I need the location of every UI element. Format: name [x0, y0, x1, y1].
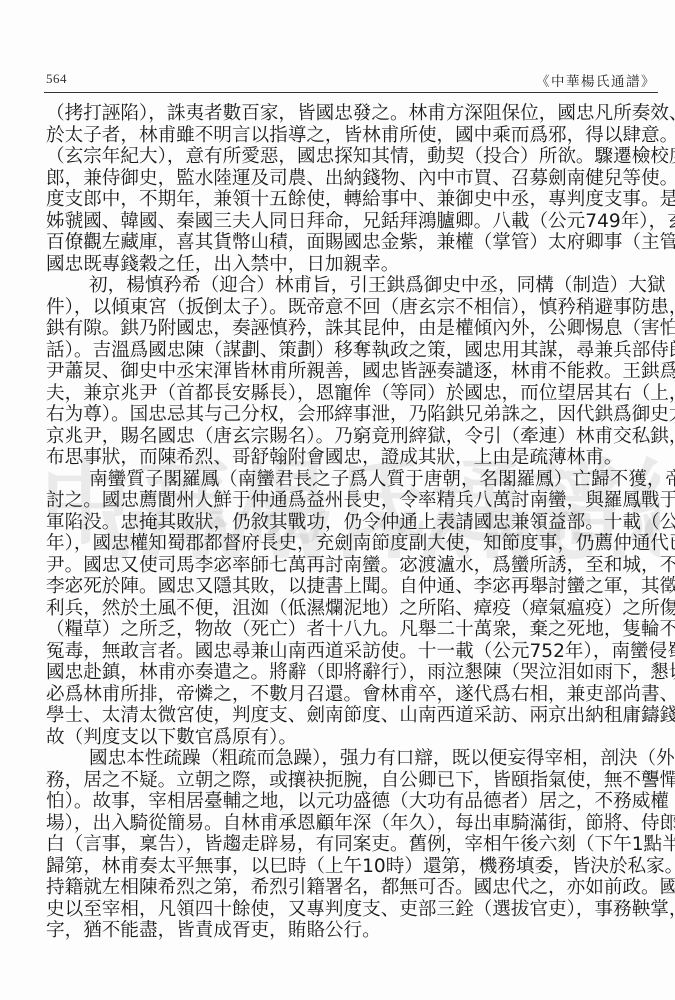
text-line: 夫，兼京兆尹（首都長安縣長），恩寵侔（等同）於國忠，而位望居其右（上，古人以: [46, 383, 656, 405]
text-line: 鉷有隙。鉷乃附國忠，奏誣慎矜，誅其昆仲，由是權傾內外，公卿惕息（害怕而不敢講: [46, 318, 656, 340]
text-line: 初，楊慎矜希（迎合）林甫旨，引王鉷爲御史中丞，同構（制造）大獄（嚴重的案: [46, 275, 656, 297]
running-head: 564 《中華楊氏通譜》: [46, 70, 658, 90]
paragraph-3: 南蠻質子閣羅鳳（南蠻君長之子爲人質于唐朝，名閣羅鳳）亡歸不獲，帝怒甚，欲 討之。…: [46, 469, 656, 749]
text-line: 布思事狀，而陳希烈、哥舒翰附會國忠，證成其狀，上由是疏薄林甫。: [46, 447, 656, 469]
paragraph-2: 初，楊慎矜希（迎合）林甫旨，引王鉷爲御史中丞，同構（制造）大獄（嚴重的案 件），…: [46, 275, 656, 469]
text-line: 件），以傾東宮（扳倒太子）。既帝意不回（唐玄宗不相信），慎矜稍避事防患，因與: [46, 297, 656, 319]
book-page: 564 《中華楊氏通譜》 中華楊氏通譜網 WWW.YANG.COM （拷打誣陷）…: [0, 0, 675, 1000]
text-line: 尹。國忠又使司馬李宓率師七萬再討南蠻。宓渡瀘水，爲蠻所誘，至和城，不戰而敗，: [46, 555, 656, 577]
text-line: 必爲林甫所排，帝憐之，不數月召還。會林甫卒，遂代爲右相，兼吏部尚書、集賢殿大: [46, 684, 656, 706]
text-line: （拷打誣陷），誅夷者數百家，皆國忠發之。林甫方深阻保位，國忠凡所奏效、涉疑似: [46, 103, 656, 125]
text-line: 史以至宰相，凡領四十餘使，又專判度支、吏部三銓（選拔官吏），事務鞅掌，但署一: [46, 899, 656, 921]
text-line: 國忠既專錢穀之任，出入禁中，日加親幸。: [46, 254, 656, 276]
text-line: 姊虢國、韓國、秦國三夫人同日拜命，兄銛拜鴻臚卿。八載（公元749年），玄宗召公卿: [46, 211, 656, 233]
paragraph-4: 國忠本性疏躁（粗疏而急躁），强力有口辯，既以便妄得宰相，剖決（外決）機 務，居之…: [46, 748, 656, 942]
text-line: 務，居之不疑。立朝之際，或攘袂扼腕，自公卿已下，皆頤指氣使，無不讋憚（畏懼害: [46, 770, 656, 792]
page-number: 564: [46, 71, 67, 87]
header-rule: [44, 92, 658, 93]
text-line: 白（言事，稟告），皆趨走辟易，有同案吏。舊例，宰相午後六刻（下午1點半鐘）始出: [46, 834, 656, 856]
text-line: 討之。國忠薦閬州人鮮于仲通爲益州長史，令率精兵八萬討南蠻，與羅鳳戰于瀘南，全: [46, 490, 656, 512]
text-line: 國忠本性疏躁（粗疏而急躁），强力有口辯，既以便妄得宰相，剖決（外決）機: [46, 748, 656, 770]
text-line: 歸第，林甫奏太平無事，以巳時（上午10時）還第，機務填委，皆決於私家。主書吳珣: [46, 856, 656, 878]
text-line: 話）。吉溫爲國忠陳（謀劃、策劃）移奪執政之策，國忠用其謀，尋兼兵部侍郎。京兆: [46, 340, 656, 362]
text-line: 學士、太清太微宮使，判度支、劍南節度、山南西道采訪、兩京出納租庸鑄錢等使并如: [46, 705, 656, 727]
paragraph-1: （拷打誣陷），誅夷者數百家，皆國忠發之。林甫方深阻保位，國忠凡所奏效、涉疑似 於…: [46, 103, 656, 275]
text-line: 國忠赴鎮，林甫亦奏遣之。將辭（即將辭行），雨泣懇陳（哭泣泪如雨下，懇切陳說）: [46, 662, 656, 684]
text-line: 故（判度支以下數官爲原有）。: [46, 727, 656, 749]
text-line: 場），出入騎從簡易。自林甫承恩顧年深（年久），每出車騎滿街，節將、侍郎有所關: [46, 813, 656, 835]
text-line: 百僚觀左藏庫，喜其貨幣山積，面賜國忠金紫，兼權（掌管）太府卿事（主管財政）。: [46, 232, 656, 254]
text-line: 字，猶不能盡，皆責成胥吏，賄賂公行。: [46, 920, 656, 942]
text-line: 度支郎中，不期年，兼領十五餘使，轉給事中、兼御史中丞，專判度支事。是歲，貴妃: [46, 189, 656, 211]
text-line: （糧草）之所乏，物故（死亡）者十八九。凡舉二十萬衆，棄之死地，隻輪不還，人銜: [46, 619, 656, 641]
text-line: 南蠻質子閣羅鳳（南蠻君長之子爲人質于唐朝，名閣羅鳳）亡歸不獲，帝怒甚，欲: [46, 469, 656, 491]
text-line: 李宓死於陣。國忠又隱其敗，以捷書上聞。自仲通、李宓再舉討蠻之軍，其徵發皆中國: [46, 576, 656, 598]
text-line: 尹蕭炅、御史中丞宋渾皆林甫所親善，國忠皆誣奏譴逐，林甫不能救。王鉷爲御史大: [46, 361, 656, 383]
text-line: 京兆尹，賜名國忠（唐玄宗賜名）。乃窮竟刑縡獄，令引（牽連）林甫交私鉷，爀與阿: [46, 426, 656, 448]
body-text: （拷打誣陷），誅夷者數百家，皆國忠發之。林甫方深阻保位，國忠凡所奏效、涉疑似 於…: [46, 103, 656, 942]
text-line: 右为尊）。国忠忌其与己分权，会邢縡事泄，乃陷鉷兄弟誅之，因代鉷爲御史大夫，權: [46, 404, 656, 426]
text-line: 怕）。故事，宰相居臺輔之地，以元功盛德（大功有品德者）居之，不務威權（講排: [46, 791, 656, 813]
text-line: 於太子者，林甫雖不明言以指導之，皆林甫所使，國中乘而爲邪，得以肆意。上春秋高: [46, 125, 656, 147]
text-line: 年），國忠權知蜀郡都督府長史，充劍南節度副大使，知節度事，仍薦仲通代已爲京兆: [46, 533, 656, 555]
text-line: 軍陷没。忠掩其敗狀，仍敘其戰功，仍令仲通上表請國忠兼領益部。十載（公元751: [46, 512, 656, 534]
book-title: 《中華楊氏通譜》: [536, 70, 656, 90]
text-line: 郎，兼侍御史，監水陸運及司農、出納錢物、內中市買、召募劍南健兒等使。以稱職遷: [46, 168, 656, 190]
text-line: 利兵，然於土風不便，沮洳（低濕爛泥地）之所陷、瘴疫（瘴氣瘟疫）之所傷、饋餉: [46, 598, 656, 620]
text-line: （玄宗年紀大），意有所愛惡，國忠探知其情，動契（投合）所欲。驟遷檢校度支員外: [46, 146, 656, 168]
text-line: 冤毒，無敢言者。國忠尋兼山南西道采訪使。十一載（公元752年），南蠻侵蜀，蜀人請: [46, 641, 656, 663]
text-line: 持籍就左相陳希烈之第，希烈引籍署名，都無可否。國忠代之，亦如前政。國忠自侍御: [46, 877, 656, 899]
